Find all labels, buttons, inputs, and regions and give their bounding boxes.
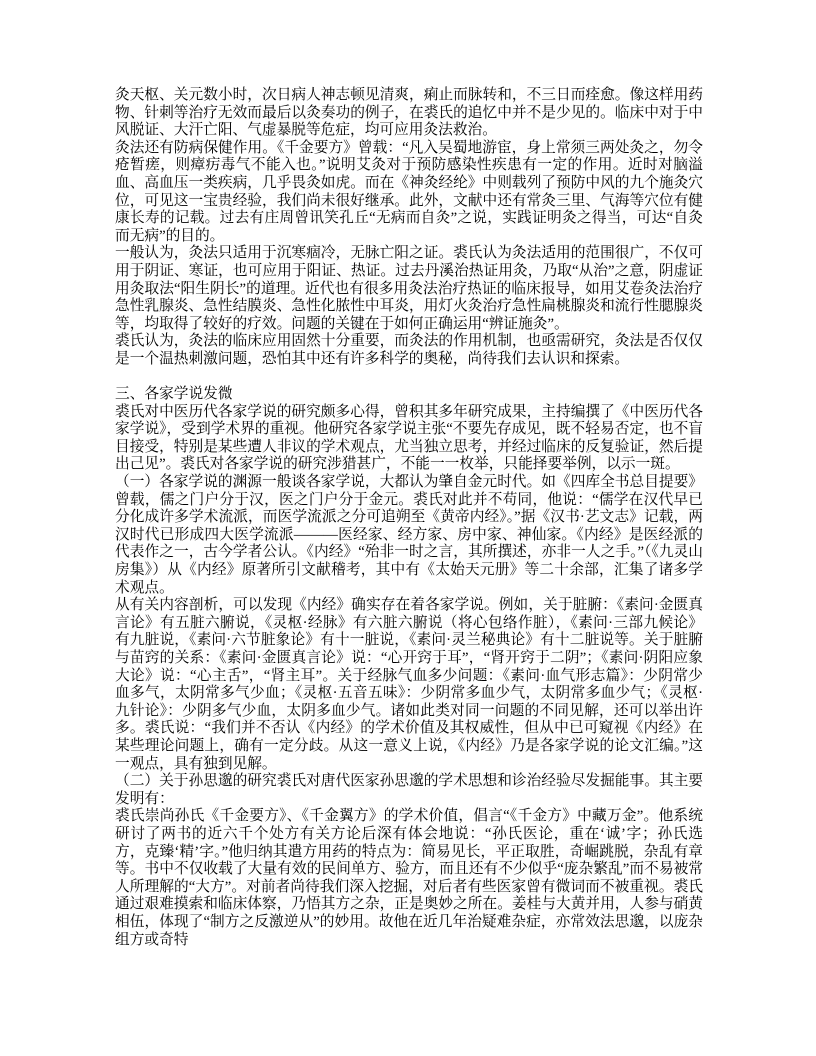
document-page: 灸天枢、关元数小时，次日病人神志顿见清爽，痢止而脉转和，不三日而痊愈。像这样用药… bbox=[0, 0, 816, 1056]
page-text-column: 灸天枢、关元数小时，次日病人神志顿见清爽，痢止而脉转和，不三日而痊愈。像这样用药… bbox=[115, 87, 703, 949]
paragraph-moxibustion-case: 灸天枢、关元数小时，次日病人神志顿见清爽，痢止而脉转和，不三日而痊愈。像这样用药… bbox=[115, 87, 703, 140]
paragraph-sun-simiao-study: 裘氏崇尚孙氏《千金要方》、《千金翼方》的学术价值，倡言“《千金方》中藏万金”。他… bbox=[115, 808, 703, 949]
section-heading: 三、各家学说发微 bbox=[115, 386, 703, 404]
paragraph-moxibustion-scope: 一般认为，灸法只适用于沉寒痼冷，无脉亡阳之证。裘氏认为灸法适用的范围很广，不仅可… bbox=[115, 245, 703, 333]
paragraph-neijing-analysis: 从有关内容剖析，可以发现《内经》确实存在着各家学说。例如，关于脏腑：《素问·金匮… bbox=[115, 597, 703, 773]
paragraph-moxibustion-prevention: 灸法还有防病保健作用。《千金要方》曾载：“凡入吴蜀地游宦，身上常须三两处灸之，勿… bbox=[115, 140, 703, 246]
paragraph-schools-overview: 裘氏对中医历代各家学说的研究颇多心得，曾积其多年研究成果，主持编撰了《中医历代各… bbox=[115, 404, 703, 474]
paragraph-moxibustion-mechanism: 裘氏认为，灸法的临床应用固然十分重要，而灸法的作用机制，也亟需研究，灸法是否仅仅… bbox=[115, 333, 703, 368]
paragraph-sun-simiao-intro: （二）关于孙思邈的研究裘氏对唐代医家孙思邈的学术思想和诊治经验尽发掘能事。其主要… bbox=[115, 773, 703, 808]
paragraph-schools-origin: （一）各家学说的渊源一般谈各家学说，大都认为肇自金元时代。如《四库全书总目提要》… bbox=[115, 474, 703, 597]
